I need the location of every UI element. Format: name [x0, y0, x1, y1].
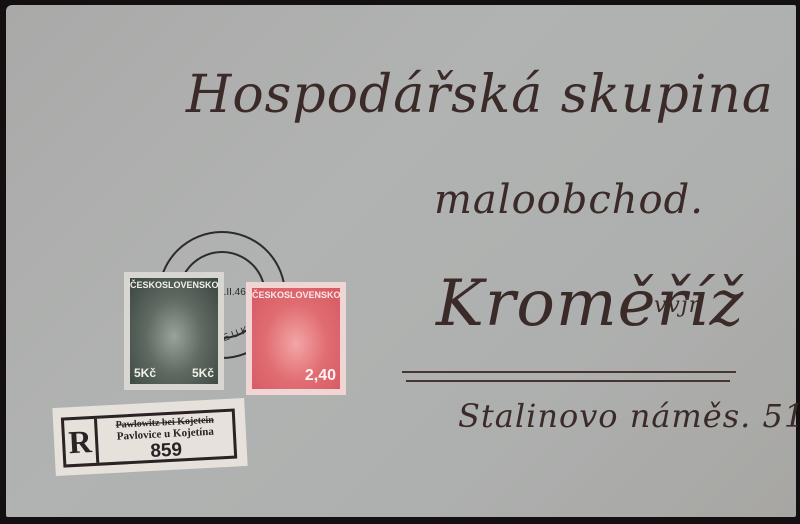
stamp-2-40: ČESKOSLOVENSKO 2,40	[246, 282, 346, 395]
stamp-value-right: 5Kč	[192, 366, 214, 380]
registration-label: R Pawlowitz bei Kojetein Pavlovice u Koj…	[52, 398, 247, 476]
city-underline	[402, 371, 736, 373]
city-underline	[406, 380, 730, 382]
stamp-value-left: 5Kč	[134, 366, 156, 380]
address-line-recipient: Hospodářská skupina	[186, 65, 774, 125]
address-annotation: vvjr	[654, 293, 700, 318]
stamp-country: ČESKOSLOVENSKO	[252, 290, 340, 300]
registration-letter: R	[64, 419, 99, 465]
stamp-5kc: ČESKOSLOVENSKO 5Kč 5Kč	[124, 272, 224, 390]
address-street: Stalinovo náměs. 510	[458, 397, 800, 435]
stamp-value: 2,40	[305, 367, 336, 385]
stamp-country: ČESKOSLOVENSKO	[130, 280, 218, 290]
address-line-department: maloobchod.	[434, 177, 704, 223]
envelope: Hospodářská skupina maloobchod. Kroměříž…	[6, 5, 796, 517]
